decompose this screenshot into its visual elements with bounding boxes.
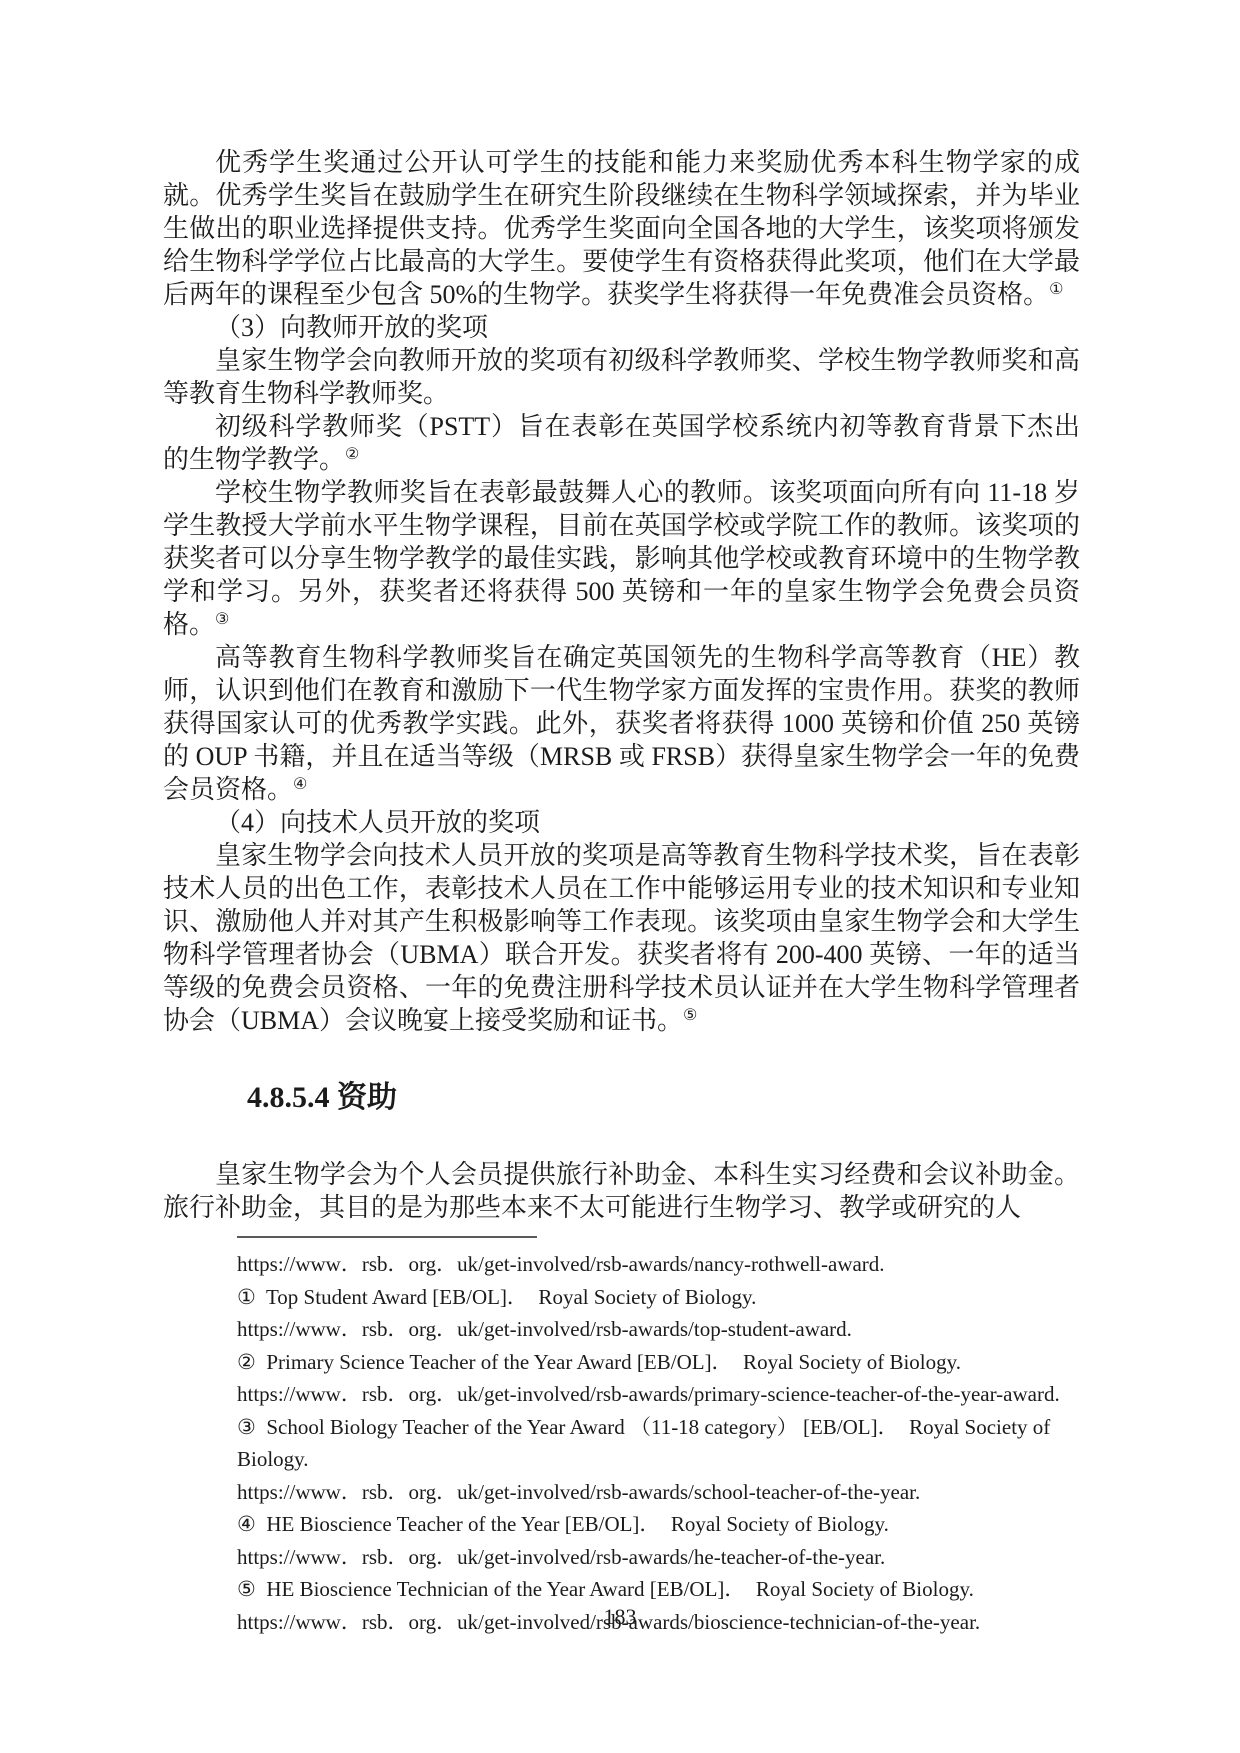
paragraph: 优秀学生奖通过公开认可学生的技能和能力来奖励优秀本科生物学家的成就。优秀学生奖旨…	[163, 146, 1080, 311]
footnotes: https://www．rsb．org．uk/get-involved/rsb-…	[237, 1236, 1080, 1638]
footnote-url: https://www．rsb．org．uk/get-involved/rsb-…	[237, 1378, 1080, 1411]
section-heading: 4.8.5.4 资助	[247, 1078, 1080, 1118]
paragraph-text: 学校生物学教师奖旨在表彰最鼓舞人心的教师。该奖项面向所有向 11-18 岁学生教…	[163, 478, 1080, 639]
footnote-url: https://www．rsb．org．uk/get-involved/rsb-…	[237, 1248, 1080, 1281]
footnote-ref: ③	[215, 611, 229, 628]
footnote-url: https://www．rsb．org．uk/get-involved/rsb-…	[237, 1313, 1080, 1346]
footnote-ref: ①	[1049, 281, 1063, 298]
paragraph-text: （3）向教师开放的奖项	[215, 313, 488, 342]
footnote-line: ① Top Student Award [EB/OL]． Royal Socie…	[237, 1281, 1080, 1314]
paragraph-text: 皇家生物学会向教师开放的奖项有初级科学教师奖、学校生物学教师奖和高等教育生物科学…	[163, 346, 1080, 408]
paragraph: 皇家生物学会向技术人员开放的奖项是高等教育生物科学技术奖，旨在表彰技术人员的出色…	[163, 839, 1080, 1037]
footnote-ref: ④	[293, 776, 307, 793]
page: 优秀学生奖通过公开认可学生的技能和能力来奖励优秀本科生物学家的成就。优秀学生奖旨…	[0, 0, 1240, 1753]
sub-list-heading: （4）向技术人员开放的奖项	[163, 806, 1080, 839]
footnote-line: ② Primary Science Teacher of the Year Aw…	[237, 1346, 1080, 1379]
paragraph-text: （4）向技术人员开放的奖项	[215, 808, 540, 837]
paragraph: 皇家生物学会向教师开放的奖项有初级科学教师奖、学校生物学教师奖和高等教育生物科学…	[163, 344, 1080, 410]
body-text-upper: 优秀学生奖通过公开认可学生的技能和能力来奖励优秀本科生物学家的成就。优秀学生奖旨…	[163, 146, 1080, 1037]
paragraph: 皇家生物学会为个人会员提供旅行补助金、本科生实习经费和会议补助金。旅行补助金，其…	[163, 1158, 1080, 1224]
paragraph: 学校生物学教师奖旨在表彰最鼓舞人心的教师。该奖项面向所有向 11-18 岁学生教…	[163, 476, 1080, 641]
paragraph-text: 皇家生物学会向技术人员开放的奖项是高等教育生物科学技术奖，旨在表彰技术人员的出色…	[163, 841, 1080, 1035]
paragraph-text: 优秀学生奖通过公开认可学生的技能和能力来奖励优秀本科生物学家的成就。优秀学生奖旨…	[163, 148, 1080, 309]
paragraph: 初级科学教师奖（PSTT）旨在表彰在英国学校系统内初等教育背景下杰出的生物学教学…	[163, 410, 1080, 476]
page-number: 183	[0, 1604, 1240, 1630]
footnote-separator	[237, 1236, 537, 1238]
footnote-url: https://www．rsb．org．uk/get-involved/rsb-…	[237, 1476, 1080, 1509]
footnote-line: ④ HE Bioscience Teacher of the Year [EB/…	[237, 1508, 1080, 1541]
footnote-line: ⑤ HE Bioscience Technician of the Year A…	[237, 1573, 1080, 1606]
paragraph-text: 初级科学教师奖（PSTT）旨在表彰在英国学校系统内初等教育背景下杰出的生物学教学…	[163, 412, 1080, 474]
body-text-lower: 皇家生物学会为个人会员提供旅行补助金、本科生实习经费和会议补助金。旅行补助金，其…	[163, 1158, 1080, 1224]
footnote-ref: ②	[345, 446, 359, 463]
footnote-line: ③ School Biology Teacher of the Year Awa…	[237, 1411, 1080, 1476]
paragraph-text: 皇家生物学会为个人会员提供旅行补助金、本科生实习经费和会议补助金。旅行补助金，其…	[163, 1160, 1080, 1222]
paragraph: 高等教育生物科学教师奖旨在确定英国领先的生物科学高等教育（HE）教师，认识到他们…	[163, 641, 1080, 806]
sub-list-heading: （3）向教师开放的奖项	[163, 311, 1080, 344]
footnote-ref: ⑤	[683, 1007, 697, 1024]
footnote-url: https://www．rsb．org．uk/get-involved/rsb-…	[237, 1541, 1080, 1574]
